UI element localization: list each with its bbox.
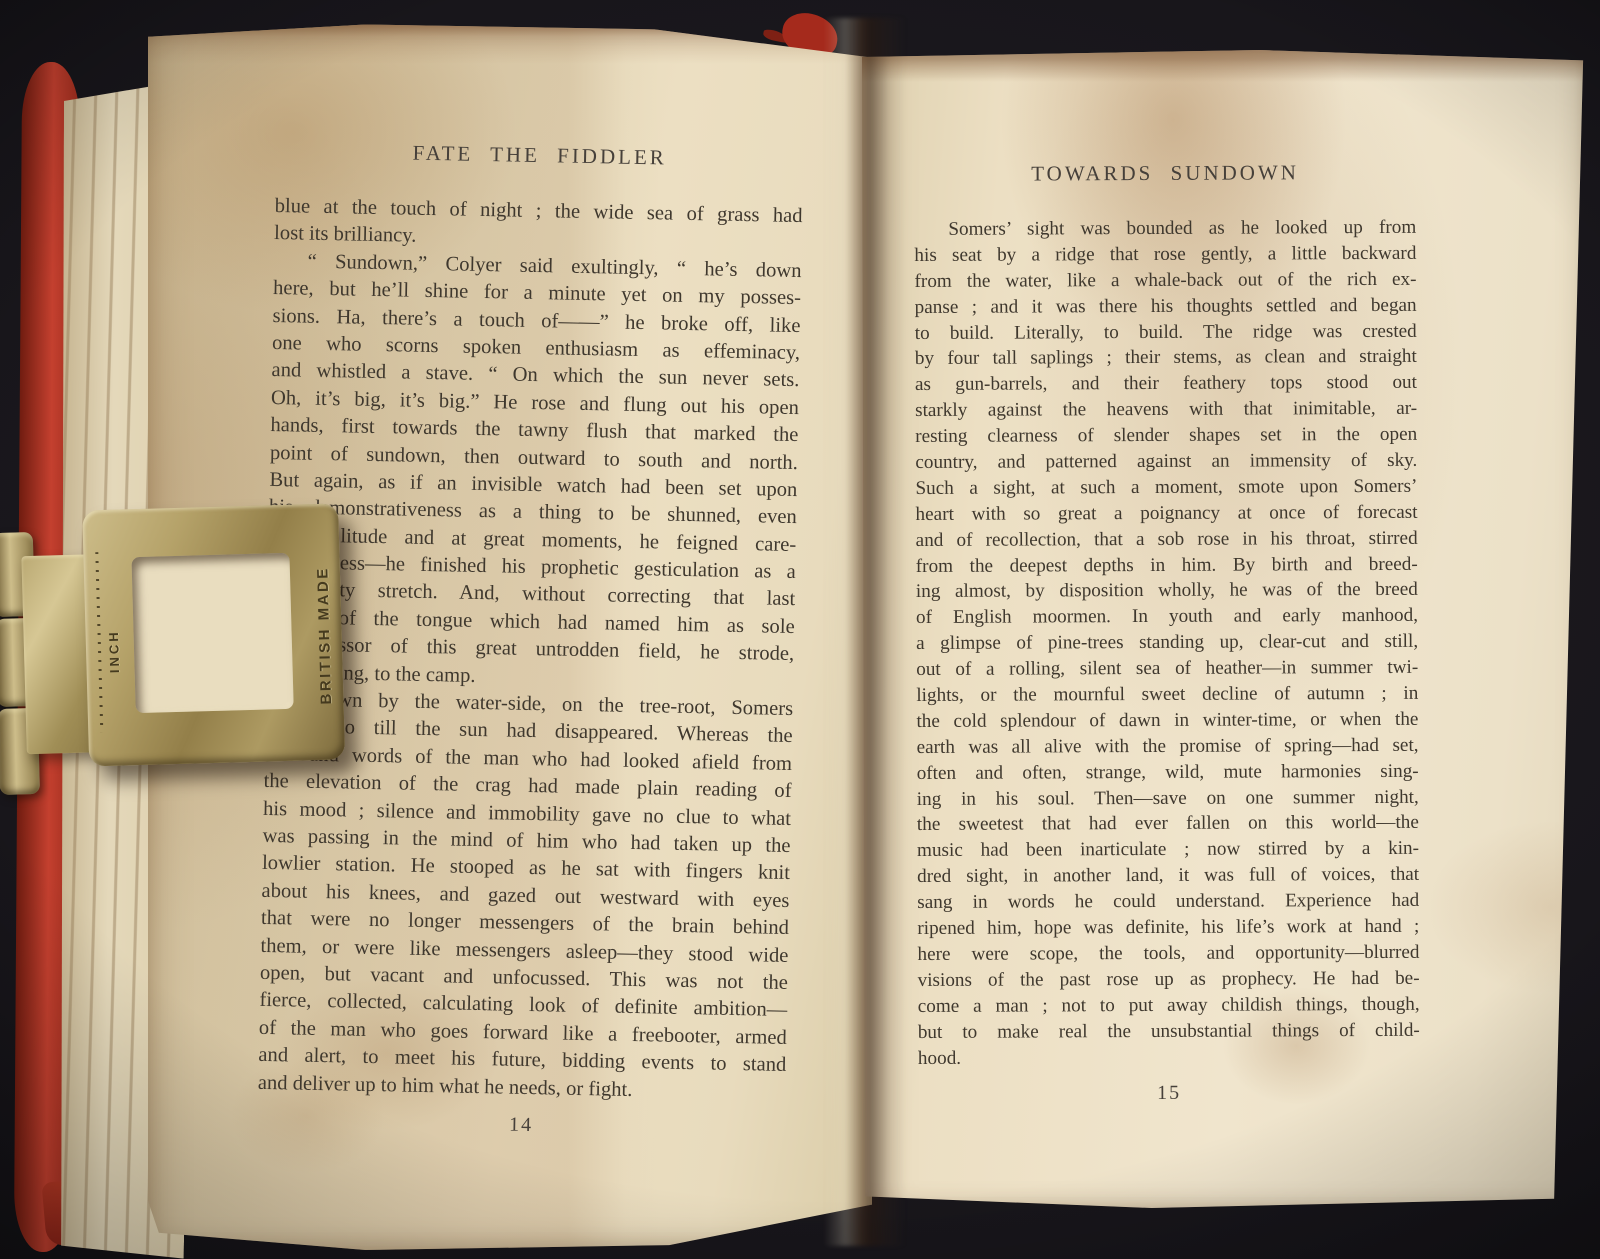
gutter-shadow xyxy=(824,18,906,1246)
text-line: lights, or the mournful sweet decline of… xyxy=(916,681,1418,709)
text-line: sang in words he could understand. Exper… xyxy=(917,888,1419,916)
text-line: of English moormen. In youth and early m… xyxy=(916,603,1418,631)
text-line: come a man ; not to put away childish th… xyxy=(918,992,1420,1020)
text-line: panse ; and it was there his thoughts se… xyxy=(915,292,1417,320)
text-line: ripened him, hope was definite, his life… xyxy=(917,914,1419,942)
brass-clasp: INCH BRITISH MADE xyxy=(0,495,362,801)
text-line: and of recollection, that a sob rose in … xyxy=(916,525,1418,553)
text-line: the sweetest that had ever fallen on thi… xyxy=(917,810,1419,838)
text-line: dred sight, in another land, it was full… xyxy=(917,862,1419,890)
text-line: by four tall saplings ; their stems, as … xyxy=(915,344,1417,372)
text-line: often and often, strange, wild, mute har… xyxy=(917,759,1419,787)
clasp-frame-opening xyxy=(131,553,293,713)
text-line: music had been inarticulate ; now stirre… xyxy=(917,836,1419,864)
text-line: from the water, like a whale-back out of… xyxy=(914,267,1416,295)
text-line: heart with so great a poignancy at once … xyxy=(915,500,1417,528)
text-line: country, and patterned against an immens… xyxy=(915,448,1417,476)
text-line: ing in his soul. Then—save on one summer… xyxy=(917,784,1419,812)
right-page-number: 15 xyxy=(918,1081,1420,1106)
text-line: hood. xyxy=(918,1043,1420,1071)
text-line: out of a rolling, silent sea of heather—… xyxy=(916,655,1418,683)
text-line: but to make real the unsubstantial thing… xyxy=(918,1017,1420,1045)
text-line: a glimpse of pine-trees standing up, cle… xyxy=(916,629,1418,657)
book-photo: FATE THE FIDDLER blue at the touch of ni… xyxy=(0,0,1600,1259)
text-line: resting clearness of slender shapes set … xyxy=(915,422,1417,450)
text-line: ing almost, by disposition wholly, he wa… xyxy=(916,577,1418,605)
text-line: here were scope, the tools, and opportun… xyxy=(917,940,1419,968)
right-page: TOWARDS SUNDOWN Somers’ sight was bounde… xyxy=(862,50,1586,1208)
text-line: the cold splendour of dawn in winter-tim… xyxy=(916,707,1418,735)
text-line: earth was all alive with the promise of … xyxy=(916,733,1418,761)
text-line: to build. Literally, to build. The ridge… xyxy=(915,318,1417,346)
text-line: his seat by a ridge that rose gently, a … xyxy=(914,241,1416,269)
text-line: Somers’ sight was bounded as he looked u… xyxy=(914,215,1416,243)
text-line: from the deepest depths in him. By birth… xyxy=(916,551,1418,579)
right-page-header: TOWARDS SUNDOWN xyxy=(914,160,1416,187)
clasp-marking-inch: INCH xyxy=(105,611,122,691)
clasp-frame xyxy=(82,503,345,766)
right-page-lines: Somers’ sight was bounded as he looked u… xyxy=(914,215,1420,1072)
text-line: visions of the past rose up as prophecy.… xyxy=(918,966,1420,994)
text-line: as gun-barrels, and their feathery tops … xyxy=(915,370,1417,398)
text-line: Such a sight, at such a moment, smote up… xyxy=(915,474,1417,502)
right-page-text: TOWARDS SUNDOWN Somers’ sight was bounde… xyxy=(914,160,1420,1107)
text-line: starkly against the heavens with that in… xyxy=(915,396,1417,424)
